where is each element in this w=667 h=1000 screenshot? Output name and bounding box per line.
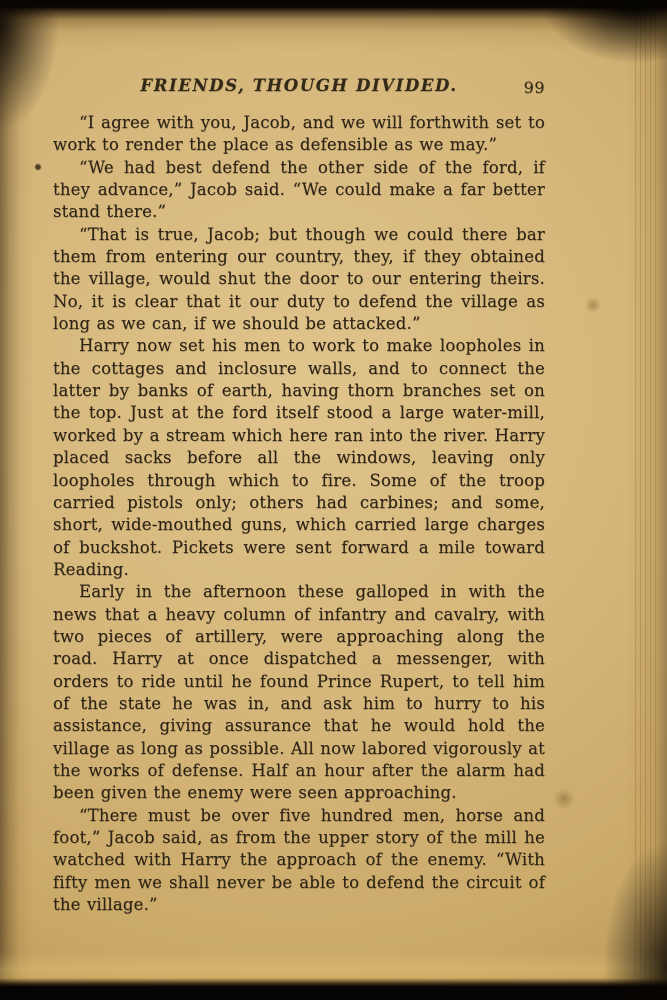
paragraph-narrative-2: Early in the afternoon these galloped in… xyxy=(53,581,545,804)
paper-edge-shadow-bottom xyxy=(0,952,667,1000)
paragraph-dialogue-2: “We had best defend the other side of th… xyxy=(53,157,545,224)
page-number: 99 xyxy=(524,78,545,97)
running-title: FRIENDS, THOUGH DIVIDED. xyxy=(140,76,457,95)
ink-speck-left-margin xyxy=(35,164,41,170)
paragraph-dialogue-3: “That is true, Jacob; but though we coul… xyxy=(53,224,545,336)
paper-edge-shadow-left xyxy=(0,0,34,1000)
paragraph-dialogue-1: “I agree with you, Jacob, and we will fo… xyxy=(53,112,545,157)
paper-stain-right xyxy=(585,296,601,314)
running-header: FRIENDS, THOUGH DIVIDED. 99 xyxy=(53,76,545,95)
scan-corner-shadow-bottom-right xyxy=(597,830,667,1000)
body-text-block: “I agree with you, Jacob, and we will fo… xyxy=(53,112,545,916)
paragraph-dialogue-4: “There must be over five hundred men, ho… xyxy=(53,805,545,917)
paragraph-narrative-1: Harry now set his men to work to make lo… xyxy=(53,335,545,581)
scan-corner-shadow-top-right xyxy=(537,0,667,66)
book-page-scan: FRIENDS, THOUGH DIVIDED. 99 “I agree wit… xyxy=(0,0,667,1000)
paper-stain-lower-right xyxy=(553,788,575,810)
